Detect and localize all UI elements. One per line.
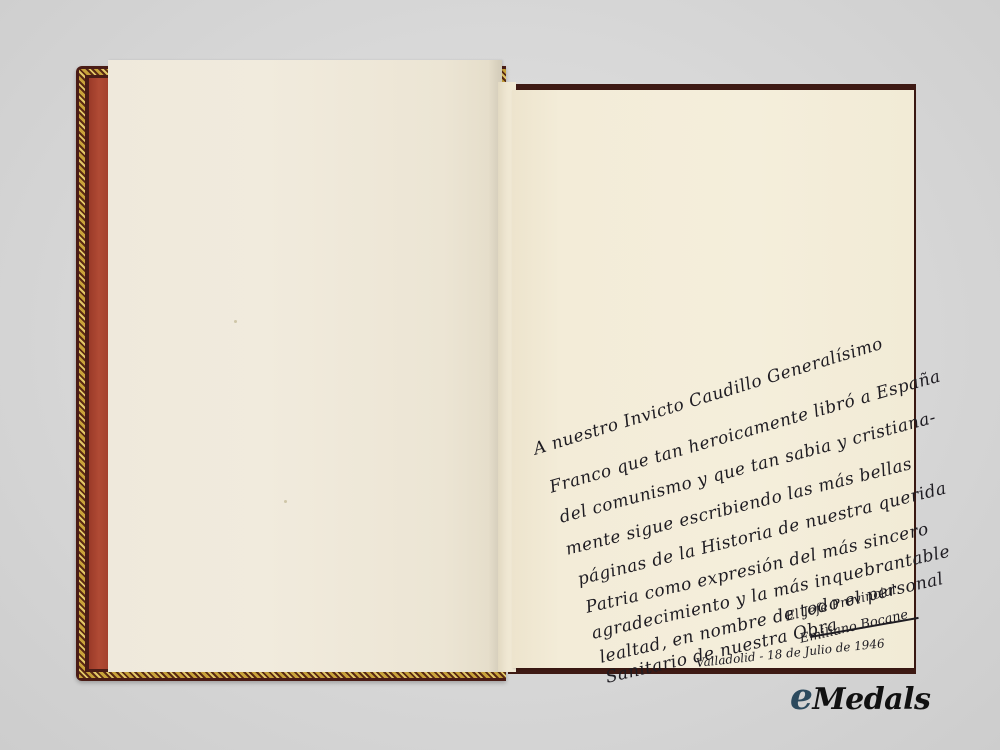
paper-spot <box>234 320 237 323</box>
tissue-flyleaf <box>108 60 502 672</box>
paper-spot <box>284 500 287 503</box>
emedals-watermark: eMedals <box>790 676 930 718</box>
watermark-prefix: e <box>790 676 812 718</box>
book-photo: A nuestro Invicto Caudillo Generalísimo … <box>0 0 1000 750</box>
watermark-brand: Medals <box>812 682 930 717</box>
